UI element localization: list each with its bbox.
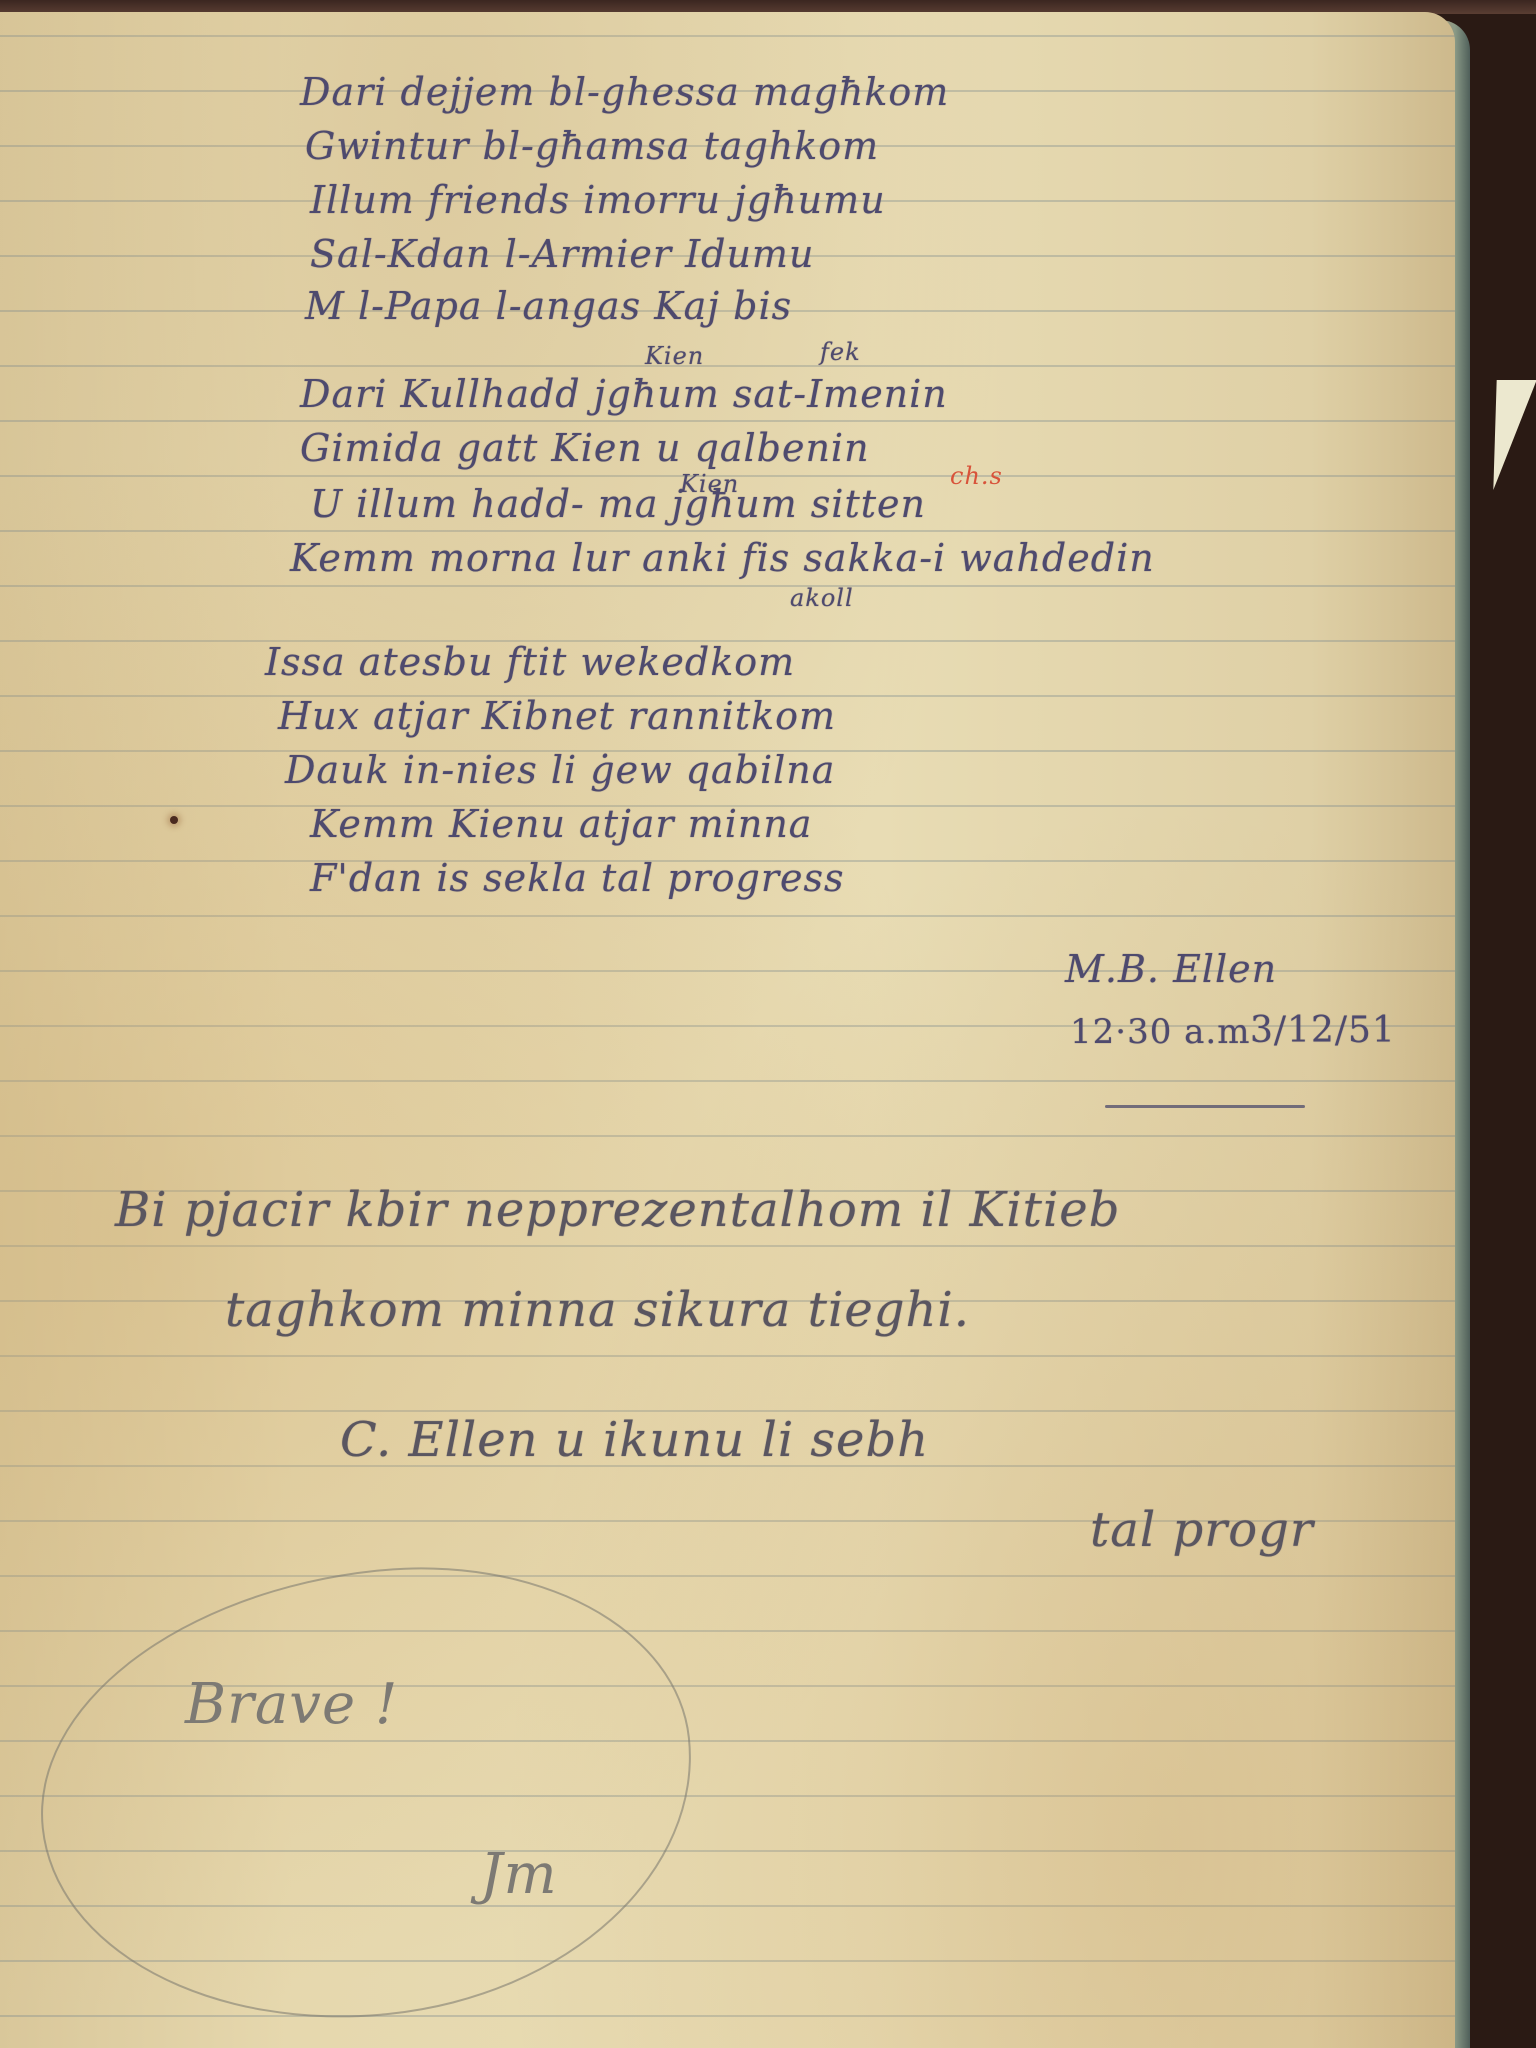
signature: M.B. Ellen [1065,947,1277,991]
poem-line: M l-Papa l-angas Kaj bis [305,284,792,328]
interlinear-insert: Kien [645,342,704,370]
signature-date: 3/12/51 [1250,1010,1396,1051]
ink-spot [170,816,178,824]
poem-line: F'dan is sekla tal progress [310,856,845,900]
pencil-oval [19,1539,716,2048]
poem-line: Sal-Kdan l-Armier Idumu [310,232,814,276]
pencil-word: Brave ! [185,1672,398,1737]
pencil-initials: Jm [480,1842,558,1907]
interlinear-insert: fek [820,338,861,366]
poem-line: Dauk in-nies li ġew qabilna [285,748,835,792]
note-line: tal progr [1090,1502,1314,1558]
poem-line: Dari dejjem bl-ghessa magħkom [300,70,949,114]
interlinear-insert: akoll [790,584,854,612]
poem-line: Kemm morna lur anki fis sakka-i wahdedin [290,536,1155,580]
note-line: Bi pjacir kbir nepprezentalhom il Kitieb [115,1182,1120,1238]
poem-line: U illum hadd- ma jgħum sitten [310,482,926,526]
signature-rule [1105,1105,1305,1108]
poem-line: Dari Kullhadd jgħum sat-Imenin [300,372,948,416]
poem-line: Gimida gatt Kien u qalbenin [300,426,870,470]
torn-paper-scrap [1473,380,1536,490]
note-line: C. Ellen u ikunu li sebh [340,1412,929,1468]
red-correction: ch.s [950,462,1003,490]
notebook-page: Dari dejjem bl-ghessa magħkom Gwintur bl… [0,12,1455,2048]
signature-time: 12·30 a.m [1070,1012,1250,1052]
poem-line: Kemm Kienu atjar minna [310,802,812,846]
note-line: taghkom minna sikura tieghi. [225,1282,970,1338]
poem-line: Illum friends imorru jgħumu [310,178,886,222]
poem-line: Gwintur bl-għamsa taghkom [305,124,879,168]
poem-line: Hux atjar Kibnet rannitkom [278,694,836,738]
poem-line: Issa atesbu ftit wekedkom [265,640,795,684]
